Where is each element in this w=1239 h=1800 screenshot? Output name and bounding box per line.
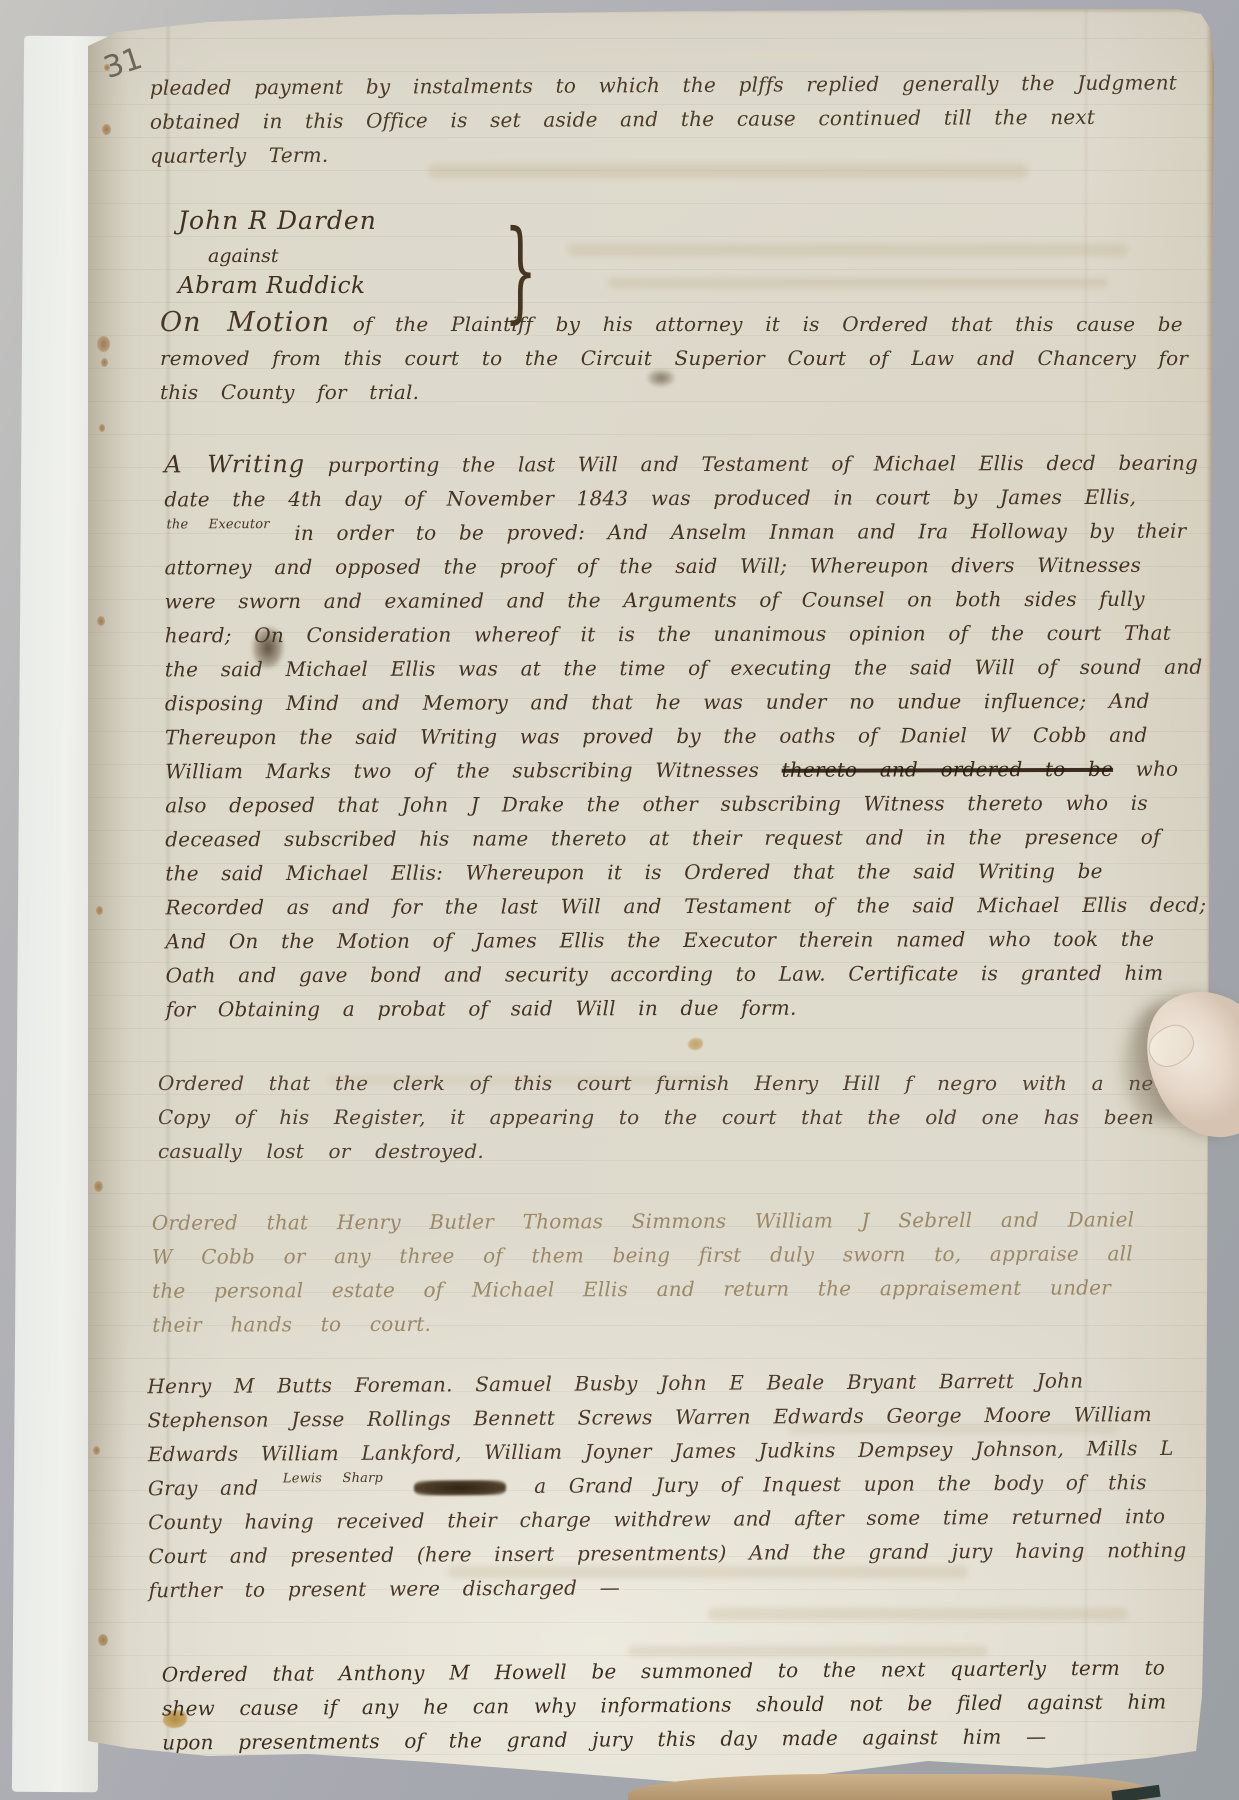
- foxing-spot: [102, 124, 111, 135]
- struck-out-word-blot: [414, 1480, 506, 1496]
- interlineation-lewis-sharp: Lewis Sharp: [283, 1474, 383, 1485]
- removal-order-lead: On Motion: [160, 307, 330, 338]
- register-order-text: Ordered that the clerk of this court fur…: [158, 1071, 1171, 1163]
- foxing-spot: [97, 336, 110, 352]
- removal-order-paragraph: On Motion of the Plaintiff by his attorn…: [160, 306, 1210, 409]
- will-probate-paragraph: A Writing purporting the last Will and T…: [164, 445, 1214, 1027]
- scanned-book-photo: 31 pleaded payment by instalments to whi…: [0, 0, 1239, 1800]
- page-top-edge: [108, 8, 1210, 13]
- foxing-spot: [96, 906, 103, 915]
- probate-part2: in order to be proved: And Anselm Inman …: [165, 519, 1203, 784]
- register-order-paragraph: Ordered that the clerk of this court fur…: [158, 1066, 1210, 1168]
- book-pages-deckle-edge: [628, 1774, 1148, 1800]
- summons-order-paragraph: Ordered that Anthony M Howell be summone…: [162, 1650, 1173, 1759]
- binding-gutter-shading: [88, 6, 128, 1786]
- grand-jury-text: a Grand Jury of Inquest upon the body of…: [148, 1470, 1186, 1602]
- case-caption: John R Darden against Abram Ruddick: [178, 206, 377, 299]
- probate-part1: purporting the last Will and Testament o…: [164, 451, 1198, 512]
- appraisement-order-paragraph: Ordered that Henry Butler Thomas Simmons…: [152, 1202, 1182, 1342]
- continuation-paragraph: pleaded payment by instalments to which …: [150, 65, 1213, 173]
- foxing-spot: [98, 1634, 108, 1646]
- foxing-spot: [99, 424, 105, 432]
- struck-out-words: thereto and ordered to be: [782, 757, 1113, 782]
- interlineation-the-executor: the Executor: [166, 520, 269, 530]
- probate-part3: who also deposed that John J Drake the o…: [165, 757, 1206, 1022]
- summons-order-text: Ordered that Anthony M Howell be summone…: [162, 1656, 1167, 1755]
- foxing-spot: [93, 1446, 100, 1455]
- continuation-text: pleaded payment by instalments to which …: [150, 70, 1177, 167]
- grand-jury-paragraph: Henry M Butts Foreman. Samuel Busby John…: [147, 1363, 1208, 1607]
- foxing-spot: [94, 1181, 103, 1192]
- probate-lead: A Writing: [164, 450, 305, 478]
- foxing-spot: [97, 616, 105, 626]
- defendant-name: Abram Ruddick: [178, 273, 377, 299]
- plaintiff-name: John R Darden: [178, 206, 377, 235]
- appraisement-order-text: Ordered that Henry Butler Thomas Simmons…: [152, 1207, 1134, 1336]
- showthrough-ghost: [608, 278, 1108, 288]
- showthrough-ghost: [568, 244, 1128, 256]
- showthrough-ghost: [708, 1608, 1128, 1620]
- foxing-spot: [101, 358, 108, 367]
- manuscript-page: 31 pleaded payment by instalments to whi…: [88, 6, 1220, 1786]
- versus-label: against: [208, 245, 377, 267]
- fingernail: [1142, 1017, 1201, 1074]
